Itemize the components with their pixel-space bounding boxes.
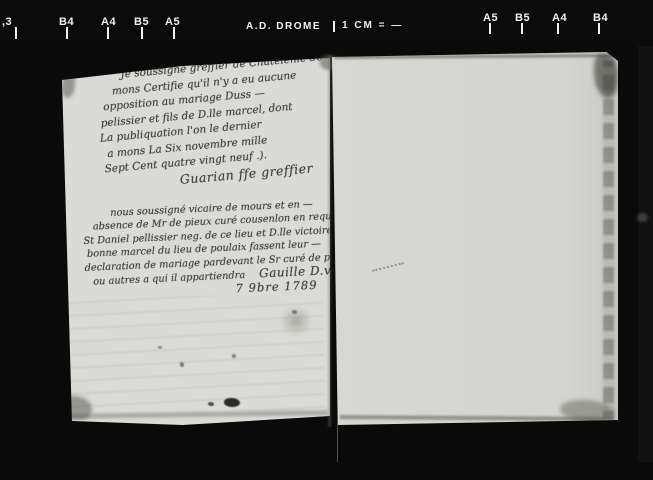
calibration-tick bbox=[489, 23, 491, 34]
gutter-shadow-line bbox=[337, 425, 338, 462]
microfilm-scan-frame: ,3 B4 A4 B5 A5 A.D. DROME 1 CM = — A5 B5… bbox=[0, 0, 653, 480]
vicaire-signature: Gauille D.vic. bbox=[259, 263, 348, 281]
faint-pencil-mark bbox=[372, 262, 404, 272]
page-right-edge bbox=[603, 60, 614, 418]
calibration-tick bbox=[107, 27, 109, 39]
ink-blot bbox=[292, 310, 297, 314]
archive-name-label: A.D. DROME bbox=[246, 21, 321, 32]
right-page bbox=[332, 52, 618, 425]
document-photo: Je soussigné greffier de Chatelenie de m… bbox=[14, 41, 638, 462]
page-corner-blotch bbox=[594, 54, 618, 98]
calibration-tick bbox=[66, 27, 68, 39]
calibration-bar: ,3 B4 A4 B5 A5 A.D. DROME 1 CM = — A5 B5… bbox=[0, 0, 653, 41]
book-gutter bbox=[327, 55, 333, 427]
ink-blot bbox=[158, 346, 162, 349]
calibration-tick bbox=[173, 27, 175, 39]
calibration-tick bbox=[521, 23, 523, 34]
page-corner-fold bbox=[62, 74, 75, 98]
calibration-tick bbox=[557, 23, 559, 34]
dust-mark bbox=[637, 213, 648, 222]
calibration-tick bbox=[141, 27, 143, 39]
film-edge-band bbox=[638, 46, 653, 462]
format-label-b4-right: B4 bbox=[593, 12, 608, 24]
format-label-a3: ,3 bbox=[2, 16, 12, 28]
ink-blot bbox=[180, 362, 184, 367]
format-label-a4-right: A4 bbox=[552, 12, 567, 24]
calibration-tick bbox=[333, 21, 335, 32]
calibration-tick bbox=[598, 23, 600, 34]
declaration-paragraph: nous soussigné vicaire de mours et en — … bbox=[82, 197, 336, 303]
ink-blot bbox=[232, 354, 236, 358]
ink-blot bbox=[224, 398, 240, 407]
scale-label: 1 CM = — bbox=[342, 20, 403, 31]
calibration-tick bbox=[15, 27, 17, 39]
certificate-paragraph: Je soussigné greffier de Chatelenie de m… bbox=[94, 49, 340, 193]
ink-blot bbox=[208, 402, 214, 406]
ink-smudge bbox=[274, 300, 318, 342]
page-top-edge bbox=[334, 54, 614, 59]
left-page: Je soussigné greffier de Chatelenie de m… bbox=[62, 58, 330, 425]
